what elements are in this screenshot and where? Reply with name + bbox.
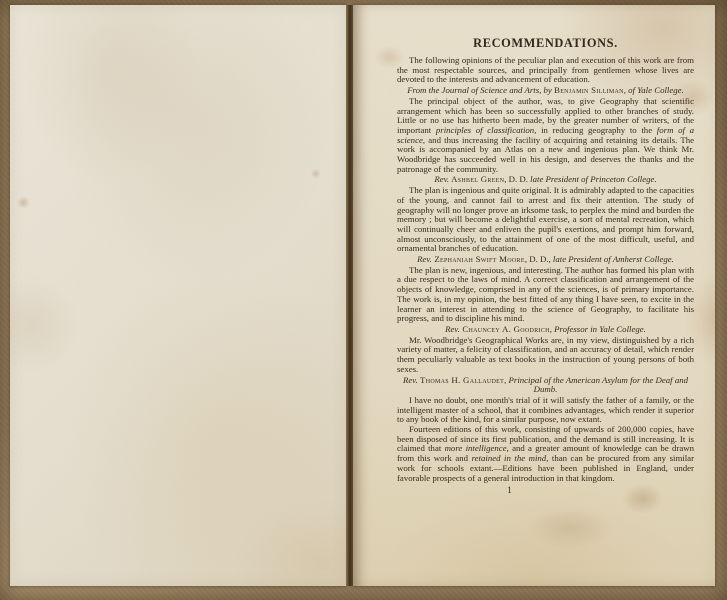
text-segment: Chauncey A. Goodrich: [460, 324, 550, 334]
text-segment: Zephaniah Swift Moore: [432, 254, 525, 264]
text-block-para: Fourteen editions of this work, consisti…: [397, 425, 694, 483]
page-gutter: [346, 5, 353, 586]
text-segment: Rev.: [417, 254, 432, 264]
text-segment: , D. D.: [504, 174, 530, 184]
text-segment: more intelligence: [445, 443, 507, 453]
text-segment: , D. D.,: [525, 254, 553, 264]
text-segment: Benjamin Silliman: [554, 85, 624, 95]
text-segment: retained in the mind: [472, 453, 547, 463]
text-segment: late President of Princeton College.: [530, 174, 656, 184]
text-block-para: The following opinions of the peculiar p…: [397, 56, 694, 85]
text-segment: , and thus increasing the facility of ac…: [397, 135, 694, 174]
text-segment: The plan is new, ingenious, and interest…: [397, 265, 694, 324]
text-block-attribution: Rev. Zephaniah Swift Moore, D. D., late …: [397, 255, 694, 265]
right-page: RECOMMENDATIONS. The following opinions …: [353, 5, 715, 586]
text-block-attribution: From the Journal of Science and Arts, by…: [397, 86, 694, 96]
text-segment: late President of Amherst College.: [553, 254, 674, 264]
text-segment: Professor in Yale College.: [554, 324, 646, 334]
page-text: The following opinions of the peculiar p…: [397, 56, 694, 483]
text-segment: Thomas H. Gallaudet: [418, 375, 504, 385]
text-block-para: The principal object of the author, was,…: [397, 97, 694, 175]
text-segment: Principal of the American Asylum for the…: [509, 375, 689, 395]
text-segment: Rev.: [445, 324, 460, 334]
text-block-para: The plan is ingenious and quite original…: [397, 186, 694, 254]
text-block-attribution: Rev. Chauncey A. Goodrich, Professor in …: [397, 325, 694, 335]
text-segment: Ashbel Green: [449, 174, 504, 184]
page-heading: RECOMMENDATIONS.: [397, 36, 694, 50]
text-segment: I have no doubt, one month's trial of it…: [397, 395, 694, 424]
text-block-para: I have no doubt, one month's trial of it…: [397, 396, 694, 425]
text-block-para: The plan is new, ingenious, and interest…: [397, 266, 694, 324]
text-segment: From the Journal of Science and Arts, by: [407, 85, 554, 95]
text-segment: , in reducing geography to the: [534, 125, 657, 135]
text-block-attribution: Rev. Ashbel Green, D. D. late President …: [397, 175, 694, 185]
text-block-para: Mr. Woodbridge's Geographical Works are,…: [397, 336, 694, 375]
book-scan: RECOMMENDATIONS. The following opinions …: [0, 0, 727, 600]
text-segment: principles of classification: [436, 125, 534, 135]
text-segment: Rev.: [434, 174, 449, 184]
text-segment: , of Yale College.: [624, 85, 684, 95]
text-segment: Rev.: [403, 375, 418, 385]
left-page-blank: [10, 5, 346, 586]
text-segment: The plan is ingenious and quite original…: [397, 185, 694, 253]
text-segment: Mr. Woodbridge's Geographical Works are,…: [397, 335, 694, 374]
text-block-attribution: Rev. Thomas H. Gallaudet, Principal of t…: [397, 376, 694, 395]
text-segment: The following opinions of the peculiar p…: [397, 55, 694, 84]
page-number: 1: [361, 486, 658, 496]
